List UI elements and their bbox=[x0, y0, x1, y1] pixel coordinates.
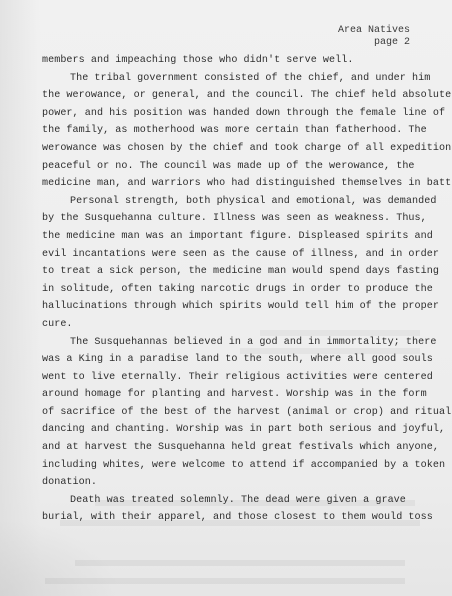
text-line: of sacrifice of the best of the harvest … bbox=[42, 404, 437, 422]
text-line: the medicine man was an important figure… bbox=[42, 228, 437, 246]
text-line: hallucinations through which spirits wou… bbox=[42, 298, 437, 316]
text-line: evil incantations were seen as the cause… bbox=[42, 246, 437, 264]
text-line: around homage for planting and harvest. … bbox=[42, 386, 437, 404]
text-line: donation. bbox=[42, 474, 437, 492]
text-line: went to live eternally. Their religious … bbox=[42, 369, 437, 387]
text-line: was a King in a paradise land to the sou… bbox=[42, 351, 437, 369]
bleed-through-line bbox=[45, 578, 405, 584]
paper-shadow bbox=[0, 520, 120, 596]
text-line: the werowance, or general, and the counc… bbox=[42, 87, 437, 105]
document-body: members and impeaching those who didn't … bbox=[42, 52, 437, 527]
paragraph-first-line: The tribal government consisted of the c… bbox=[42, 70, 437, 88]
running-header: Area Natives page 2 bbox=[338, 25, 410, 49]
text-line: including whites, were welcome to attend… bbox=[42, 457, 437, 475]
text-line: werowance was chosen by the chief and to… bbox=[42, 140, 437, 158]
text-line: peaceful or no. The council was made up … bbox=[42, 158, 437, 176]
text-line: members and impeaching those who didn't … bbox=[42, 52, 437, 70]
text-line: by the Susquehanna culture. Illness was … bbox=[42, 210, 437, 228]
header-title: Area Natives bbox=[338, 25, 410, 37]
paragraph-first-line: The Susquehannas believed in a god and i… bbox=[42, 334, 437, 352]
bleed-through-line bbox=[75, 560, 405, 566]
text-line: dancing and chanting. Worship was in par… bbox=[42, 421, 437, 439]
text-line: to treat a sick person, the medicine man… bbox=[42, 263, 437, 281]
text-line: the family, as motherhood was more certa… bbox=[42, 122, 437, 140]
paper-shadow bbox=[0, 0, 40, 596]
text-line: and at harvest the Susquehanna held grea… bbox=[42, 439, 437, 457]
paragraph-first-line: Personal strength, both physical and emo… bbox=[42, 193, 437, 211]
text-line: medicine man, and warriors who had disti… bbox=[42, 175, 437, 193]
text-line: cure. bbox=[42, 316, 437, 334]
scanned-document-page: Area Natives page 2 members and impeachi… bbox=[0, 0, 452, 596]
text-line: in solitude, often taking narcotic drugs… bbox=[42, 281, 437, 299]
paragraph-first-line: Death was treated solemnly. The dead wer… bbox=[42, 492, 437, 510]
page-number: page 2 bbox=[338, 37, 410, 49]
text-line: burial, with their apparel, and those cl… bbox=[42, 509, 437, 527]
text-line: power, and his position was handed down … bbox=[42, 105, 437, 123]
